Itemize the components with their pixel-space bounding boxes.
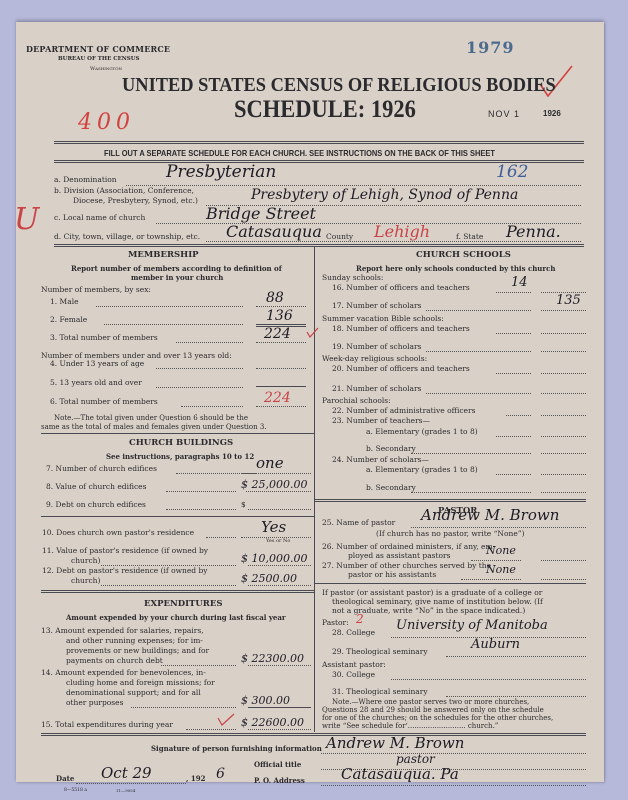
dotted-line	[411, 453, 531, 454]
owns-residence-label: 10. Does church own pastor's residence	[42, 528, 194, 537]
divider	[41, 592, 314, 593]
graduate-note-2: theological seminary, give name of insti…	[332, 597, 543, 606]
item14-line2: cluding home and foreign missions; for	[66, 678, 215, 687]
dotted-line	[496, 474, 531, 475]
item17-value[interactable]: 135	[556, 293, 581, 308]
item19-label: 19. Number of scholars	[332, 342, 421, 351]
assistant-pastor-label: Assistant pastor:	[322, 660, 386, 669]
item13-line4: payments on church debt	[66, 656, 163, 665]
dotted-line	[166, 491, 236, 492]
item24-label: 24. Number of scholars—	[332, 455, 429, 464]
answer-line	[246, 491, 311, 492]
schools-heading: CHURCH SCHOOLS	[416, 250, 511, 260]
item26-label: 26. Number of ordained ministers, if any…	[322, 542, 495, 551]
city-value[interactable]: Catasauqua	[226, 222, 322, 241]
residence-debt-value[interactable]: $ 2500.00	[241, 572, 297, 585]
item13-line2: and other running expenses; for im-	[66, 636, 203, 645]
received-year-stamp: 1926	[543, 109, 561, 118]
answer-line	[256, 324, 306, 325]
official-title-label: Official title	[254, 760, 301, 769]
divider	[54, 160, 584, 161]
signature-label: Signature of person furnishing informati…	[151, 744, 322, 753]
item27-label-2: pastor or his assistants	[348, 570, 436, 579]
divider	[41, 735, 586, 736]
item14-line4: other purposes	[66, 698, 123, 707]
red-annotation-400: 400	[78, 110, 135, 135]
item27-label: 27. Number of other churches served by t…	[322, 561, 491, 570]
county-value[interactable]: Lehigh	[374, 222, 430, 241]
owns-residence-value[interactable]: Yes	[261, 518, 286, 536]
pastor-name-hint: (If church has no pastor, write “None”)	[376, 529, 525, 538]
denomination-value[interactable]: Presbyterian	[166, 162, 276, 182]
dotted-line	[101, 585, 236, 586]
edifice-debt-value[interactable]: $	[241, 500, 246, 509]
dotted-line	[161, 665, 236, 666]
stamp-number: 1979	[466, 38, 515, 57]
answer-line	[241, 473, 311, 474]
dotted-line	[104, 324, 243, 325]
answer-line	[541, 310, 586, 311]
item13-line1: 13. Amount expended for salaries, repair…	[41, 626, 204, 635]
date-value[interactable]: Oct 29	[101, 764, 152, 782]
total-members-value[interactable]: 224	[264, 326, 291, 342]
answer-line	[541, 415, 586, 416]
answer-line	[461, 579, 521, 580]
item14-line3: denominational support; and for all	[66, 688, 201, 697]
denomination-label: a. Denomination	[54, 175, 117, 184]
bureau-name: BUREAU OF THE CENSUS	[58, 56, 140, 62]
state-label: f. State	[456, 232, 483, 241]
residence-debt-label: 12. Debt on pastor's residence (if owned…	[42, 566, 208, 575]
blue-annotation: 162	[496, 162, 528, 182]
dotted-line	[496, 292, 531, 293]
form-title: UNITED STATES CENSUS OF RELIGIOUS BODIES	[122, 74, 556, 97]
received-date-stamp: NOV 1	[488, 109, 520, 119]
local-name-label: c. Local name of church	[54, 213, 145, 222]
by-sex-label: Number of members, by sex:	[41, 285, 151, 294]
county-label: County	[326, 232, 353, 241]
answer-line	[446, 696, 586, 697]
state-value[interactable]: Penna.	[506, 222, 561, 241]
divider	[314, 501, 586, 502]
item13-line3: provements or new buildings; and for	[66, 646, 209, 655]
dotted-line	[411, 492, 531, 493]
department-name: DEPARTMENT OF COMMERCE	[26, 44, 170, 54]
buildings-subheading: See instructions, paragraphs 10 to 12	[106, 452, 254, 461]
summer-schools-label: Summer vacation Bible schools:	[322, 314, 444, 323]
city-name: Washington	[90, 66, 122, 72]
answer-line	[541, 333, 586, 334]
dotted-line	[426, 393, 531, 394]
residence-value-value[interactable]: $ 10,000.00	[241, 552, 307, 565]
total-by-age-label: 6. Total number of members	[50, 397, 158, 406]
item23-label: 23. Number of teachers—	[332, 416, 430, 425]
pastor-note: Note.—Where one pastor serves two or mor…	[332, 698, 529, 706]
divider	[41, 590, 314, 591]
item27-value[interactable]: None	[486, 563, 516, 576]
answer-line	[248, 585, 311, 586]
answer-line	[248, 665, 311, 666]
expenditures-subheading: Amount expended by your church during la…	[66, 613, 286, 622]
dotted-line	[206, 537, 236, 538]
pastor-note-2: Questions 28 and 29 should be answered o…	[322, 706, 544, 714]
dotted-line	[181, 406, 243, 407]
column-divider	[314, 246, 315, 732]
item15-value[interactable]: $ 22600.00	[241, 716, 304, 729]
dotted-line	[131, 707, 236, 708]
graduate-note: If pastor (or assistant pastor) is a gra…	[322, 588, 542, 597]
census-form-sheet: DEPARTMENT OF COMMERCE BUREAU OF THE CEN…	[16, 22, 604, 782]
answer-line	[248, 729, 311, 730]
item14-value[interactable]: $ 300.00	[241, 694, 290, 707]
asst-college-label: 30. College	[332, 670, 375, 679]
membership-note-2: same as the total of males and females g…	[41, 423, 267, 432]
asst-seminary-label: 31. Theological seminary	[332, 687, 428, 696]
membership-subheading: Report number of members according to de…	[71, 264, 282, 273]
edifice-value-value[interactable]: $ 25,000.00	[241, 478, 307, 491]
female-value[interactable]: 136	[266, 308, 293, 324]
divider	[54, 246, 584, 247]
answer-line	[256, 386, 306, 387]
item22-label: 22. Number of administrative officers	[332, 406, 475, 415]
total-by-age-value[interactable]: 224	[264, 390, 291, 406]
dotted-line	[186, 729, 236, 730]
form-number: 8—5518 a	[64, 788, 87, 793]
dotted-line	[96, 306, 243, 307]
pastor-subsection-label: Pastor:	[322, 618, 349, 627]
pastor-note-4: write “See schedule for‘................…	[322, 722, 498, 730]
answer-line	[541, 560, 586, 561]
red-checkmark-icon	[216, 712, 236, 728]
seminary-value[interactable]: Auburn	[471, 637, 520, 652]
pastor-note-3: for one of the churches; on the schedule…	[322, 714, 553, 722]
address-value[interactable]: Catasauqua. Pa	[341, 765, 459, 783]
date-line	[76, 783, 186, 784]
item23a-label: a. Elementary (grades 1 to 8)	[366, 427, 478, 436]
divider	[41, 433, 314, 434]
year-prefix: , 192	[186, 774, 206, 783]
answer-line	[248, 707, 311, 708]
division-label-2: Diocese, Presbytery, Synod, etc.)	[73, 196, 198, 205]
college-value[interactable]: University of Manitoba	[396, 618, 548, 633]
address-line	[321, 785, 586, 786]
weekday-schools-label: Week-day religious schools:	[322, 354, 427, 363]
margin-annotation: U	[14, 202, 39, 237]
dotted-line	[496, 436, 531, 437]
item13-value[interactable]: $ 22300.00	[241, 652, 304, 665]
male-value[interactable]: 88	[266, 290, 284, 306]
under-13-label: 4. Under 13 years of age	[50, 359, 144, 368]
residence-value-label: 11. Value of pastor's residence (if owne…	[42, 546, 208, 555]
edifices-value[interactable]: one	[256, 454, 284, 472]
total-members-label: 3. Total number of members	[50, 333, 158, 342]
sunday-schools-label: Sunday schools:	[322, 273, 383, 282]
item23b-label: b. Secondary	[366, 444, 416, 453]
answer-line	[541, 436, 586, 437]
answer-line	[248, 509, 311, 510]
item26-label-2: ployed as assistant pastors	[348, 551, 451, 560]
divider	[41, 733, 586, 734]
item21-label: 21. Number of scholars	[332, 384, 421, 393]
divider	[54, 141, 584, 142]
answer-line	[541, 474, 586, 475]
instructions-banner: FILL OUT A SEPARATE SCHEDULE FOR EACH CH…	[104, 148, 495, 158]
expenditures-heading: EXPENDITURES	[144, 599, 222, 609]
item20-label: 20. Number of officers and teachers	[332, 364, 470, 373]
answer-line	[541, 492, 586, 493]
membership-heading: MEMBERSHIP	[128, 250, 199, 260]
schools-subheading: Report here only schools conducted by th…	[356, 264, 555, 273]
dotted-line	[156, 368, 243, 369]
seminary-label: 29. Theological seminary	[332, 647, 428, 656]
division-value[interactable]: Presbytery of Lehigh, Synod of Penna	[251, 187, 518, 203]
answer-line	[391, 679, 586, 680]
female-label: 2. Female	[50, 315, 87, 324]
local-name-value[interactable]: Bridge Street	[206, 204, 316, 223]
dotted-line	[176, 342, 243, 343]
residence-debt-label-2: church)	[71, 576, 100, 585]
dotted-line	[496, 373, 531, 374]
city-label: d. City, town, village, or township, etc…	[54, 232, 200, 241]
divider	[54, 244, 584, 245]
answer-line	[411, 527, 586, 528]
edifices-label: 7. Number of church edifices	[46, 464, 157, 473]
divider	[314, 499, 586, 500]
answer-line	[541, 393, 586, 394]
item14-line1: 14. Amount expended for benevolences, in…	[41, 668, 206, 677]
answer-line	[256, 406, 306, 407]
dotted-line	[156, 387, 243, 388]
item26-value[interactable]: None	[486, 544, 516, 557]
schedule-title: SCHEDULE: 1926	[234, 96, 416, 124]
over-13-label: 5. 13 years old and over	[50, 378, 142, 387]
dotted-line	[166, 509, 236, 510]
answer-line	[256, 368, 306, 369]
pastor-red-annotation: 2	[356, 612, 364, 626]
membership-subheading-2: member in your church	[131, 273, 223, 282]
answer-line	[256, 342, 306, 343]
address-label: P. O. Address	[254, 776, 305, 785]
dotted-line	[426, 351, 531, 352]
dotted-line	[506, 415, 531, 416]
item17-label: 17. Number of scholars	[332, 301, 421, 310]
yes-no-hint: Yes or No	[266, 538, 290, 544]
signature-line	[321, 753, 586, 754]
edifice-value-label: 8. Value of church edifices	[46, 482, 146, 491]
divider	[41, 516, 314, 517]
male-label: 1. Male	[50, 297, 79, 306]
print-number: 11—9054	[116, 788, 135, 793]
dotted-line	[496, 333, 531, 334]
pastor-name-label: 25. Name of pastor	[322, 518, 395, 527]
item18-label: 18. Number of officers and teachers	[332, 324, 470, 333]
official-title-value[interactable]: pastor	[396, 752, 435, 766]
divider	[54, 143, 584, 144]
year-value[interactable]: 6	[216, 766, 225, 782]
item15-label: 15. Total expenditures during year	[41, 720, 173, 729]
denomination-line	[126, 185, 581, 186]
signature-value[interactable]: Andrew M. Brown	[326, 734, 464, 752]
college-label: 28. College	[332, 628, 375, 637]
answer-line	[248, 565, 311, 566]
item24a-label: a. Elementary (grades 1 to 8)	[366, 465, 478, 474]
parochial-schools-label: Parochial schools:	[322, 396, 391, 405]
item24b-label: b. Secondary	[366, 483, 416, 492]
answer-line	[541, 453, 586, 454]
answer-line	[541, 351, 586, 352]
city-line	[206, 241, 581, 242]
residence-value-label-2: church)	[71, 556, 100, 565]
answer-line	[256, 306, 306, 307]
membership-note: Note.—The total given under Question 6 s…	[54, 414, 248, 423]
buildings-heading: CHURCH BUILDINGS	[129, 438, 233, 448]
red-checkmark-icon	[306, 327, 320, 339]
item16-value[interactable]: 14	[511, 275, 528, 290]
answer-line	[541, 373, 586, 374]
division-label: b. Division (Association, Conference,	[54, 186, 194, 195]
dotted-line	[426, 310, 531, 311]
date-label: Date	[56, 774, 74, 783]
item16-label: 16. Number of officers and teachers	[332, 283, 470, 292]
pastor-name-value[interactable]: Andrew M. Brown	[421, 506, 559, 524]
answer-line	[446, 656, 586, 657]
divider	[314, 583, 586, 584]
edifice-debt-label: 9. Debt on church edifices	[46, 500, 146, 509]
answer-line	[541, 579, 586, 580]
